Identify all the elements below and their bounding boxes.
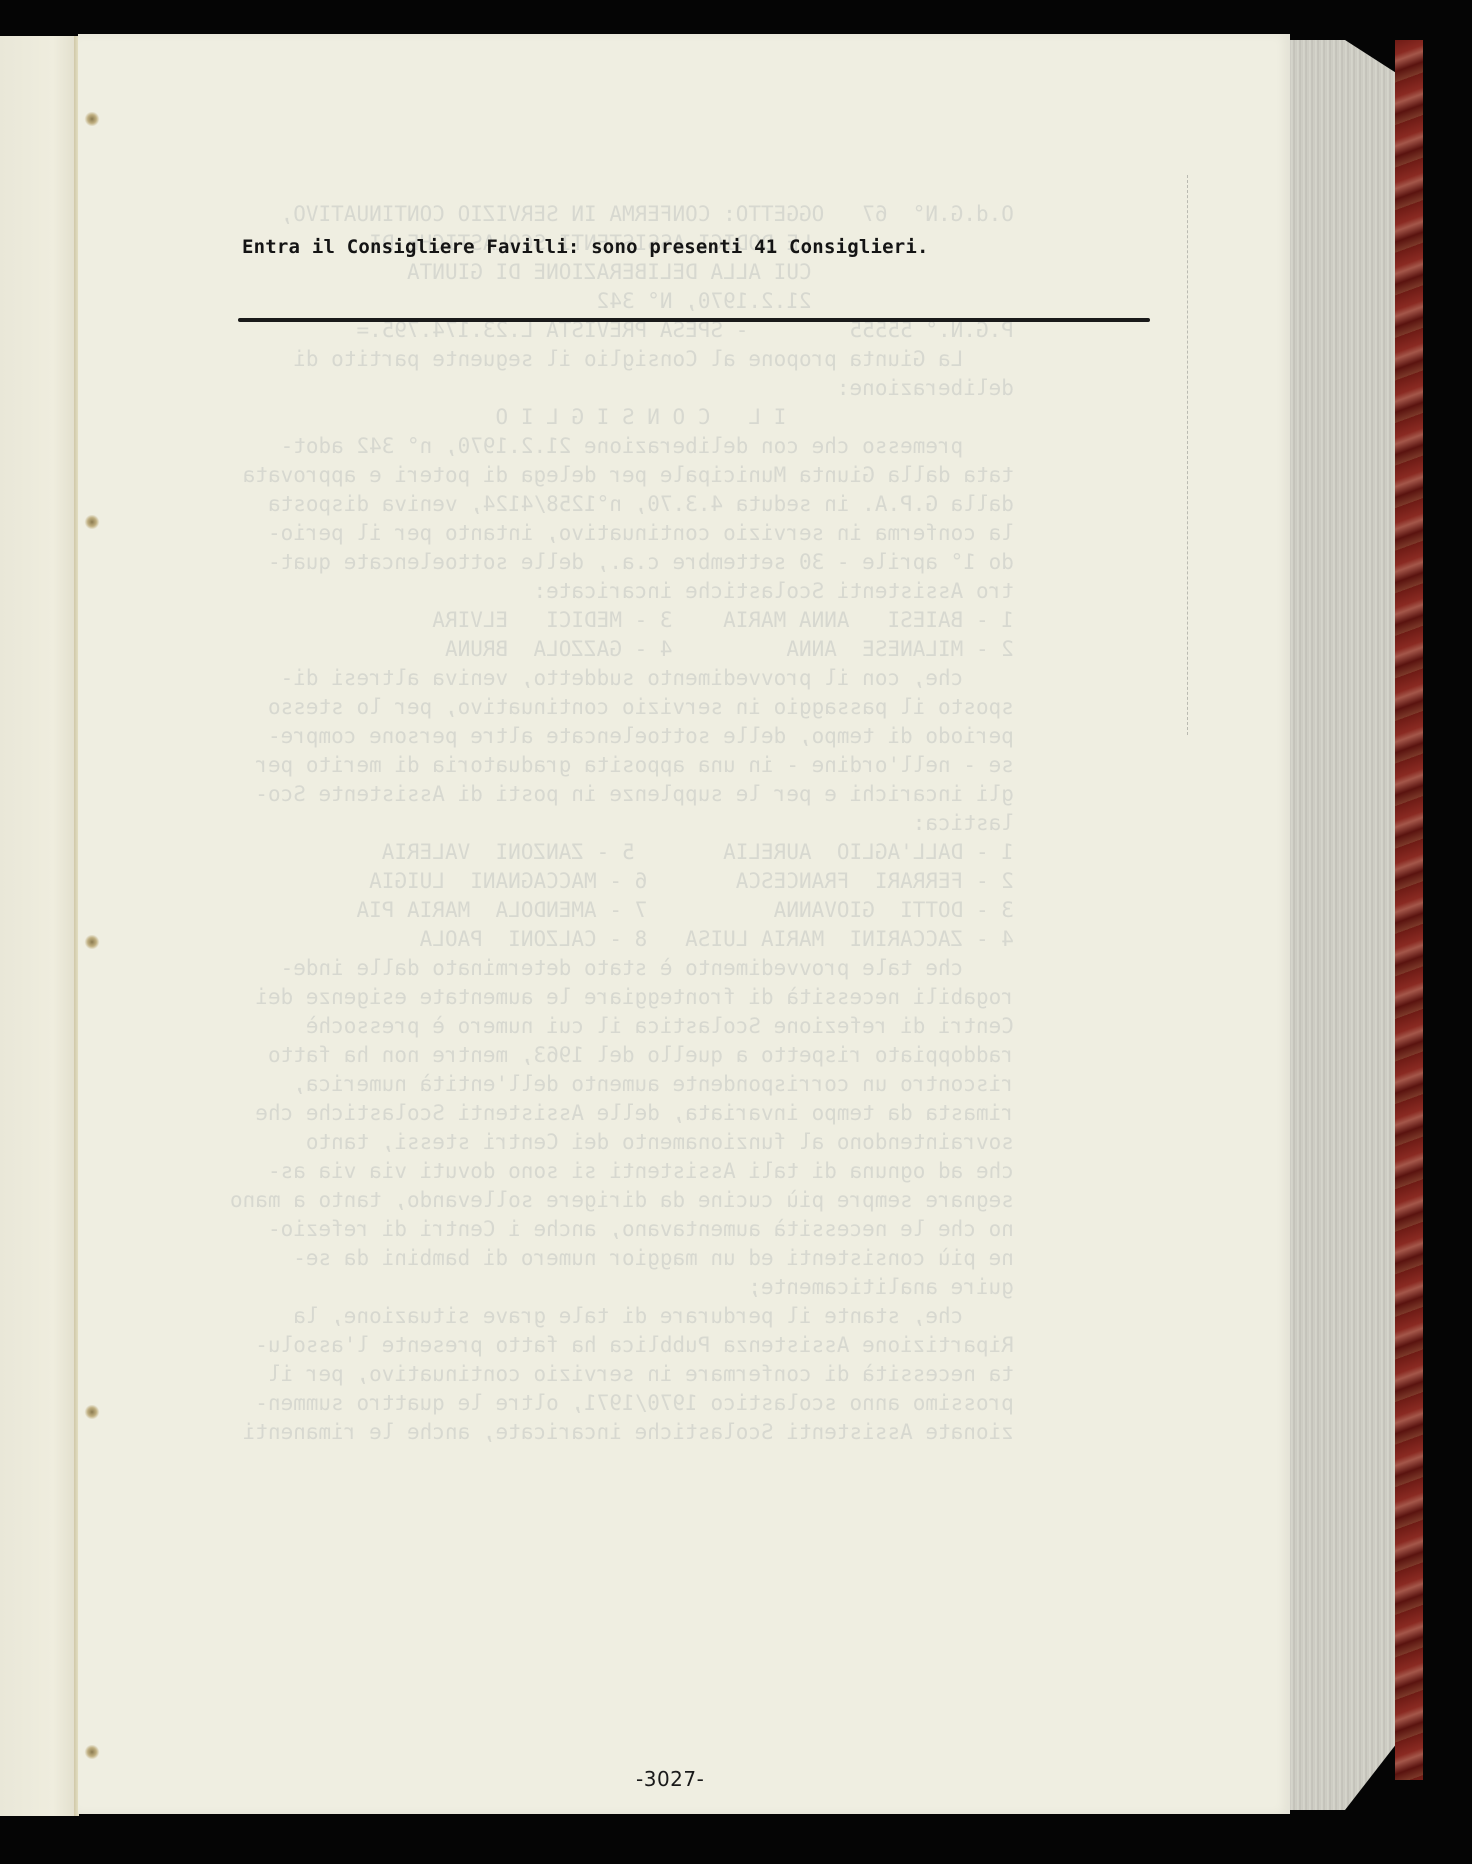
marbled-cover-edge <box>1395 40 1423 1780</box>
binding-hole <box>84 1405 100 1419</box>
scanned-book-spread: O.d.G.N° 67 OGGETTO: CONFERMA IN SERVIZI… <box>0 0 1472 1864</box>
binding-hole <box>84 935 100 949</box>
margin-guide-line <box>1187 175 1188 735</box>
page-number: -3027- <box>636 1767 704 1791</box>
binding-hole <box>84 112 100 126</box>
horizontal-rule <box>238 318 1150 322</box>
binding-hole <box>84 1745 100 1759</box>
attendance-note: Entra il Consigliere Favilli: sono prese… <box>242 236 929 258</box>
binding-hole <box>84 515 100 529</box>
previous-page-edge <box>0 36 76 1816</box>
document-page <box>78 34 1290 1814</box>
page-block-edge <box>1290 40 1400 1810</box>
